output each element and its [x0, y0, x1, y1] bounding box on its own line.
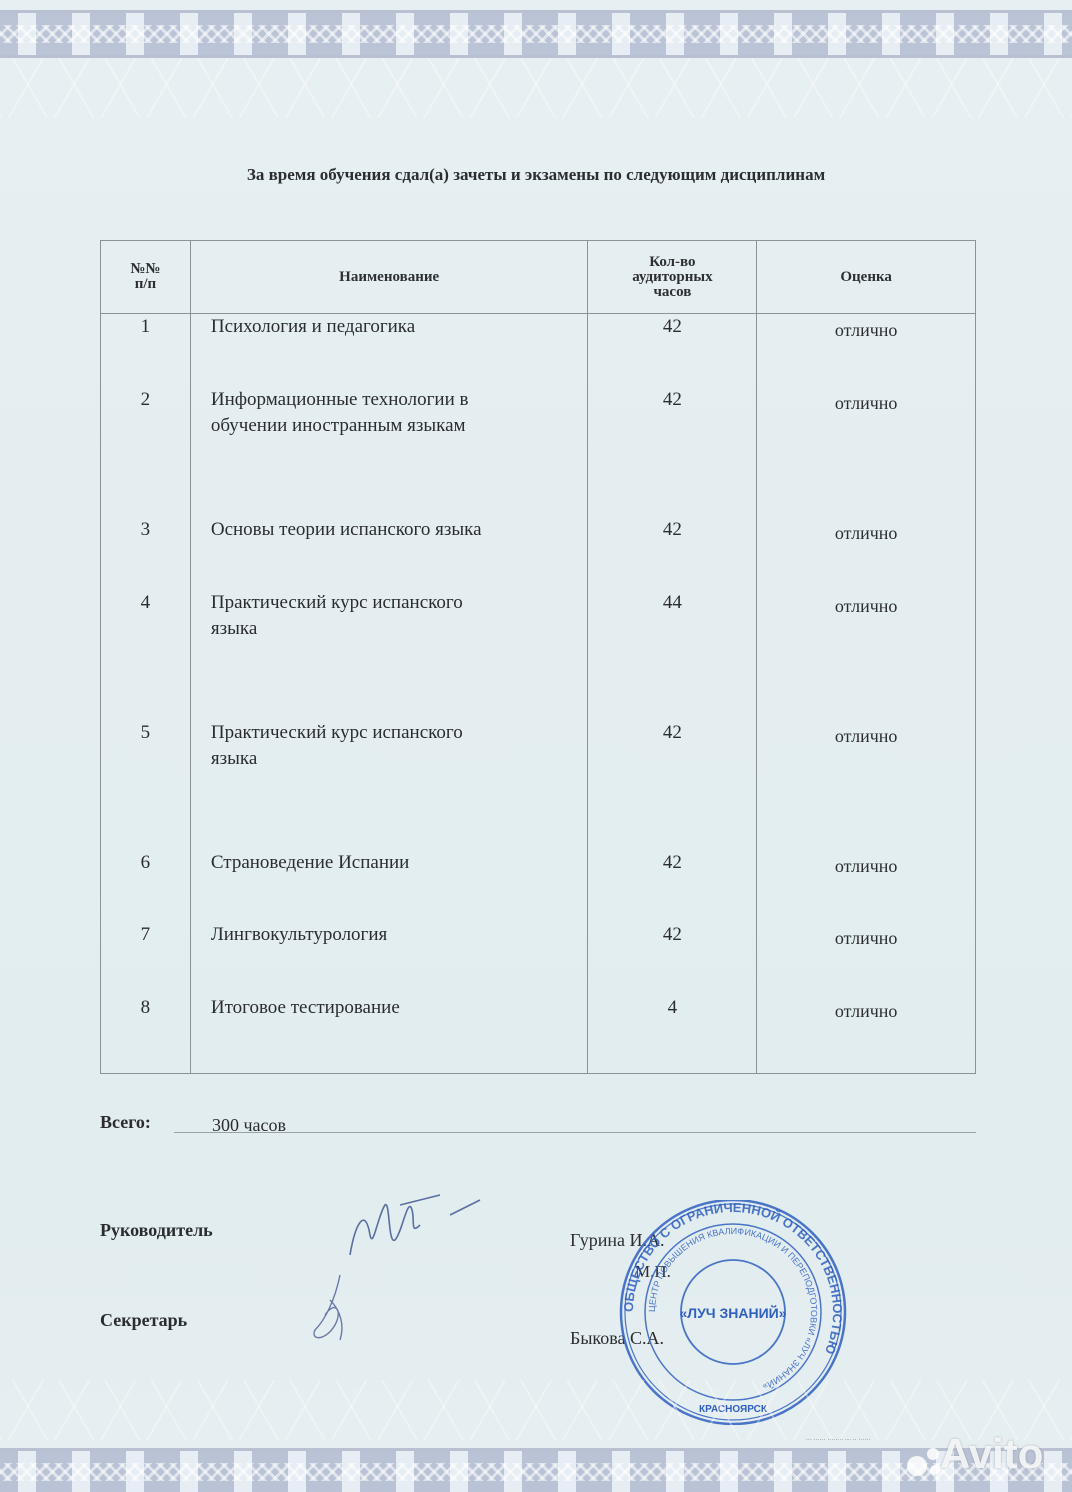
discipline-name-line: Итоговое тестирование [211, 995, 588, 1021]
discipline-name-line: языка [211, 746, 588, 772]
empty-table-space [101, 1067, 976, 1073]
secretary-signature [305, 1270, 365, 1350]
discipline-name: Страноведение Испании [190, 850, 588, 923]
hours-value: 4 [588, 995, 757, 1068]
decorative-border-top [0, 10, 1072, 58]
total-hours: Всего: 300 часов [100, 1112, 976, 1133]
discipline-name-line: Информационные технологии в [211, 387, 588, 413]
discipline-name: Итоговое тестирование [190, 995, 588, 1068]
head-signature [340, 1185, 490, 1265]
row-number: 1 [101, 314, 191, 388]
grade-value: отлично [757, 850, 976, 923]
hours-value: 42 [588, 922, 757, 995]
table-row: 8Итоговое тестирование4отлично [101, 995, 976, 1068]
table-row: 5Практический курс испанскогоязыка42отли… [101, 720, 976, 850]
grade-value: отлично [757, 590, 976, 720]
discipline-name: Практический курс испанскогоязыка [190, 720, 588, 850]
hours-value: 42 [588, 720, 757, 850]
hours-value: 42 [588, 850, 757, 923]
page-title: За время обучения сдал(а) зачеты и экзам… [0, 165, 1072, 185]
guilloche-pattern-bottom [0, 1380, 1072, 1440]
row-number: 5 [101, 720, 191, 850]
table-row: 3Основы теории испанского языка42отлично [101, 517, 976, 590]
hours-value: 42 [588, 517, 757, 590]
avito-watermark: Avito [940, 1430, 1043, 1478]
discipline-name-line: Основы теории испанского языка [211, 517, 588, 543]
grade-value: отлично [757, 517, 976, 590]
row-number: 4 [101, 590, 191, 720]
total-underline [174, 1132, 976, 1133]
discipline-name: Основы теории испанского языка [190, 517, 588, 590]
hours-value: 42 [588, 314, 757, 388]
row-number: 7 [101, 922, 191, 995]
header-num: №№п/п [101, 241, 191, 314]
grade-value: отлично [757, 995, 976, 1068]
discipline-name-line: Практический курс испанского [211, 590, 588, 616]
discipline-name: Психология и педагогика [190, 314, 588, 388]
table-row: 6Страноведение Испании42отлично [101, 850, 976, 923]
discipline-name-line: обучении иностранным языкам [211, 413, 588, 439]
svg-text:«ЛУЧ ЗНАНИЙ»: «ЛУЧ ЗНАНИЙ» [679, 1304, 786, 1321]
table-row: 2Информационные технологии вобучении ино… [101, 387, 976, 517]
header-name: Наименование [190, 241, 588, 314]
discipline-name: Информационные технологии вобучении инос… [190, 387, 588, 517]
row-number: 8 [101, 995, 191, 1068]
discipline-name: Лингвокультурология [190, 922, 588, 995]
discipline-name-line: Страноведение Испании [211, 850, 588, 876]
grade-value: отлично [757, 387, 976, 517]
total-label: Всего: [100, 1112, 151, 1132]
discipline-name: Практический курс испанскогоязыка [190, 590, 588, 720]
row-number: 3 [101, 517, 191, 590]
secretary-label: Секретарь [100, 1310, 187, 1331]
discipline-name-line: Практический курс испанского [211, 720, 588, 746]
discipline-name-line: Психология и педагогика [211, 314, 588, 340]
row-number: 2 [101, 387, 191, 517]
guilloche-pattern-top [0, 58, 1072, 118]
avito-logo-icon [905, 1440, 945, 1480]
header-grade: Оценка [757, 241, 976, 314]
table-row: 7Лингвокультурология42отлично [101, 922, 976, 995]
form-serial-text: ··· ······ ········ ··· ·· ······ [806, 1437, 870, 1443]
table-row: 4Практический курс испанскогоязыка44отли… [101, 590, 976, 720]
hours-value: 44 [588, 590, 757, 720]
table-header-row: №№п/п Наименование Кол-воаудиторныхчасов… [101, 241, 976, 314]
discipline-name-line: языка [211, 616, 588, 642]
discipline-name-line: Лингвокультурология [211, 922, 588, 948]
row-number: 6 [101, 850, 191, 923]
grade-value: отлично [757, 922, 976, 995]
head-label: Руководитель [100, 1220, 213, 1241]
grade-value: отлично [757, 720, 976, 850]
header-hours: Кол-воаудиторныхчасов [588, 241, 757, 314]
hours-value: 42 [588, 387, 757, 517]
grade-value: отлично [757, 314, 976, 388]
table-row: 1Психология и педагогика42отлично [101, 314, 976, 388]
grades-table: №№п/п Наименование Кол-воаудиторныхчасов… [100, 240, 976, 1074]
total-value: 300 часов [212, 1115, 286, 1136]
